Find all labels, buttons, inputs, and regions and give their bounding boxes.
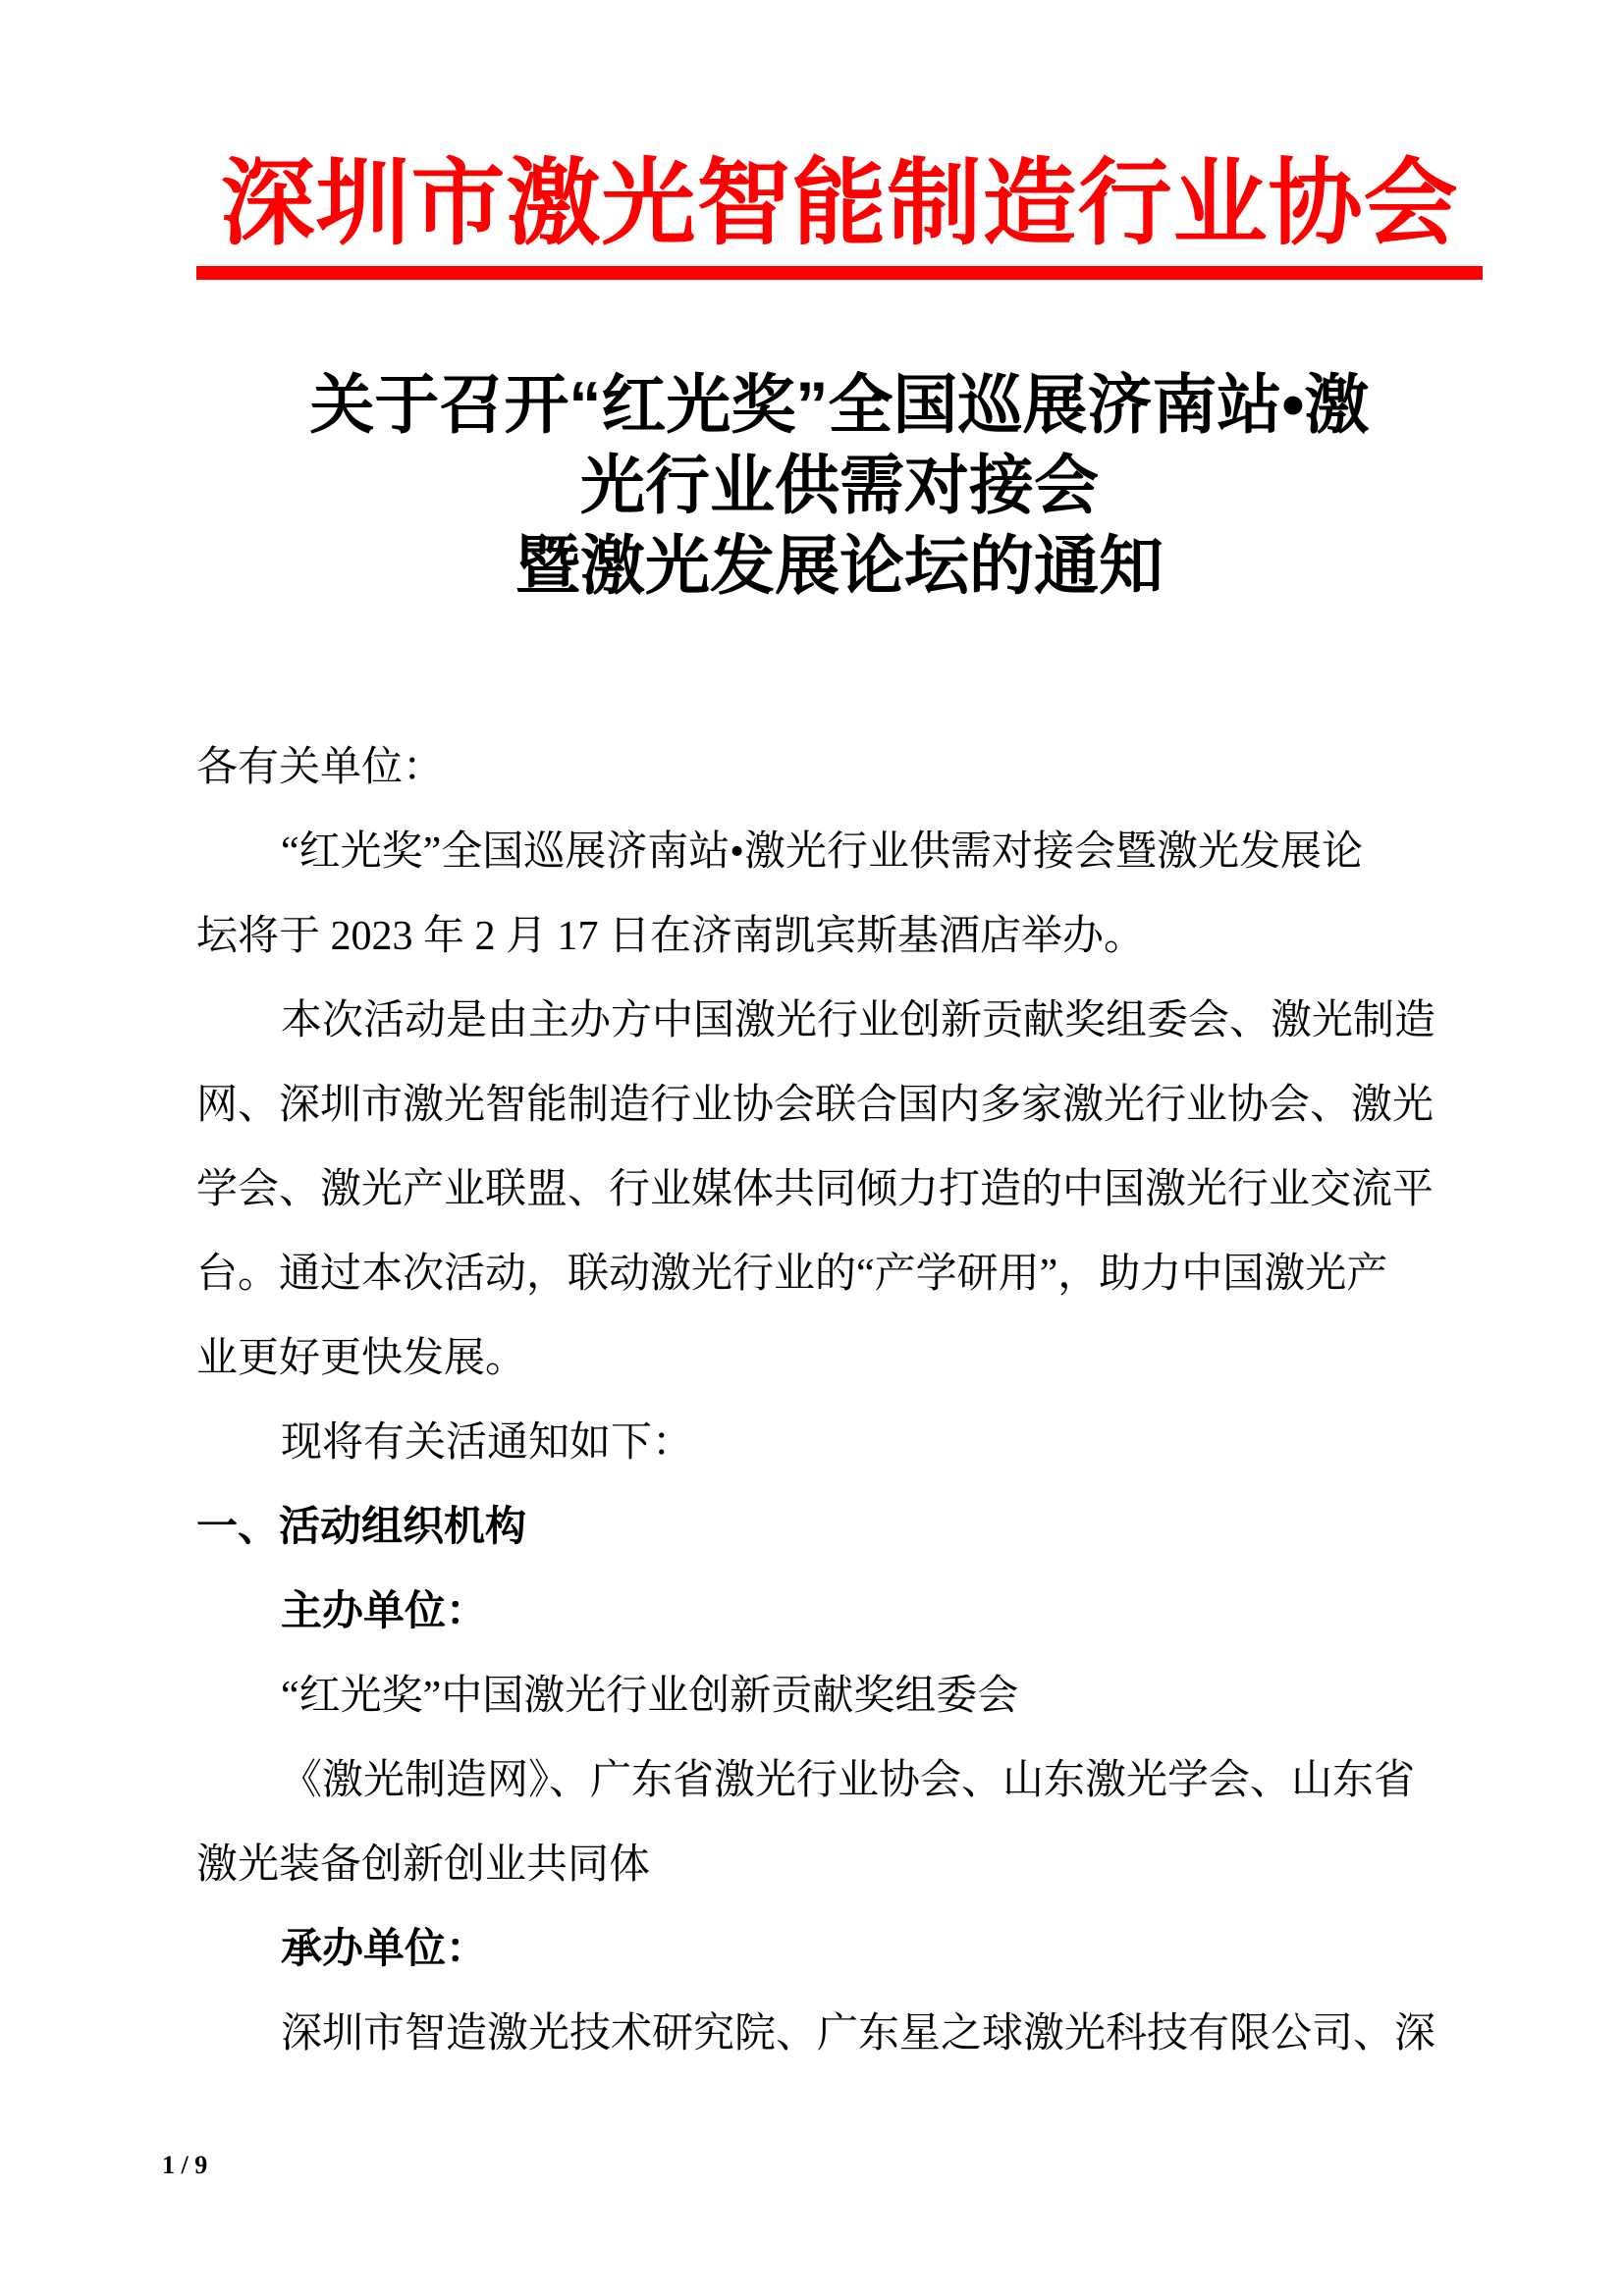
background-paragraph-line: 学会、激光产业联盟、行业媒体共同倾力打造的中国激光行业交流平 (196, 1148, 1483, 1232)
notice-title: 关于召开“红光奖”全国巡展济南站•激 光行业供需对接会 暨激光发展论坛的通知 (196, 364, 1483, 606)
host-unit-line: 激光装备创新创业共同体 (196, 1823, 1483, 1907)
notice-document-page: 深圳市激光智能制造行业协会 关于召开“红光奖”全国巡展济南站•激 光行业供需对接… (0, 0, 1624, 2296)
background-paragraph-line: 台。通过本次活动，联动激光行业的“产学研用”，助力中国激光产 (196, 1232, 1483, 1316)
notice-title-line-1: 关于召开“红光奖”全国巡展济南站•激 (196, 364, 1483, 445)
salutation: 各有关单位： (196, 725, 1483, 810)
notice-body: 各有关单位： “红光奖”全国巡展济南站•激光行业供需对接会暨激光发展论 坛将于 … (196, 725, 1483, 2076)
page-number: 1 / 9 (162, 2151, 207, 2180)
notice-title-line-3: 暨激光发展论坛的通知 (196, 525, 1483, 606)
notice-lead-line: 现将有关活通知如下： (196, 1401, 1483, 1485)
title-underline-rule (196, 266, 1483, 280)
notice-title-line-2: 光行业供需对接会 (196, 445, 1483, 525)
background-paragraph-line: 网、深圳市激光智能制造行业协会联合国内多家激光行业协会、激光 (196, 1063, 1483, 1148)
host-unit-line: “红光奖”中国激光行业创新贡献奖组委会 (196, 1654, 1483, 1738)
section-1-heading: 一、活动组织机构 (196, 1485, 1483, 1570)
background-paragraph-line: 业更好更快发展。 (196, 1316, 1483, 1401)
intro-paragraph-line: “红光奖”全国巡展济南站•激光行业供需对接会暨激光发展论 (196, 810, 1483, 894)
intro-paragraph-line: 坛将于 2023 年 2 月 17 日在济南凯宾斯基酒店举办。 (196, 894, 1483, 979)
host-unit-line: 《激光制造网》、广东省激光行业协会、山东激光学会、山东省 (196, 1738, 1483, 1823)
organizer-units-heading: 承办单位： (196, 1907, 1483, 1992)
association-title: 深圳市激光智能制造行业协会 (196, 0, 1483, 254)
host-units-heading: 主办单位： (196, 1570, 1483, 1654)
organizer-unit-line: 深圳市智造激光技术研究院、广东星之球激光科技有限公司、深 (196, 1992, 1483, 2076)
page-content: 深圳市激光智能制造行业协会 关于召开“红光奖”全国巡展济南站•激 光行业供需对接… (0, 0, 1624, 2076)
background-paragraph-line: 本次活动是由主办方中国激光行业创新贡献奖组委会、激光制造 (196, 979, 1483, 1063)
